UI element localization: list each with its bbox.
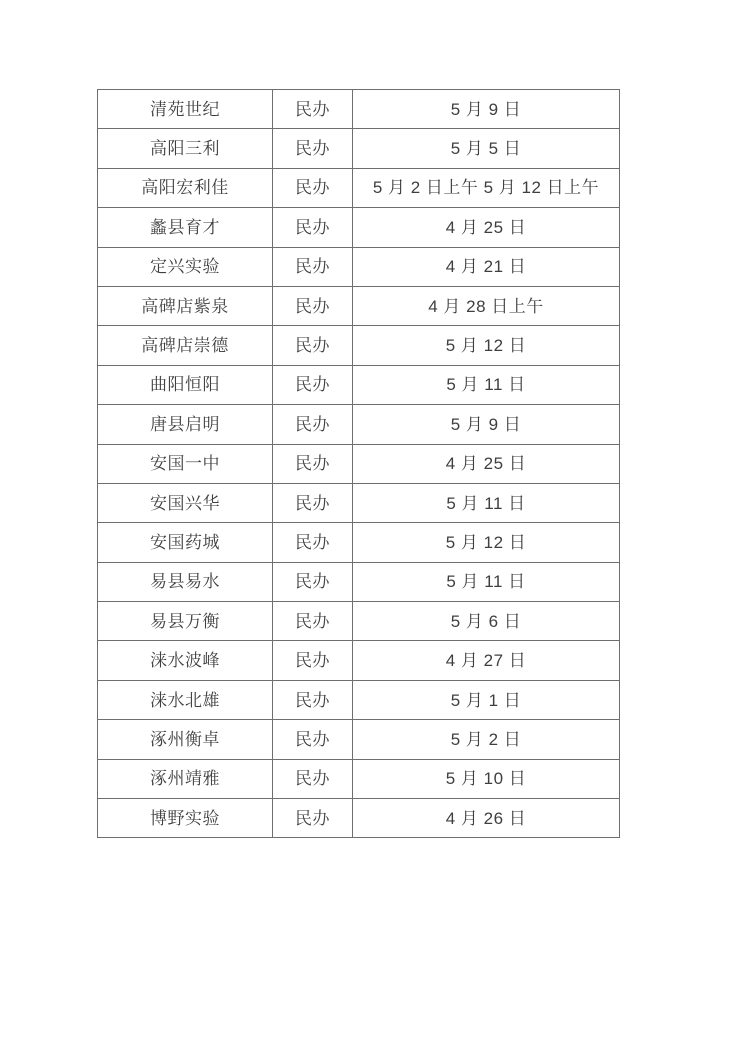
table-body: 清苑世纪 民办 5 月 9 日 高阳三利 民办 5 月 5 日 高阳宏利佳 民办… (98, 90, 620, 838)
date-cell: 5 月 11 日 (353, 562, 620, 601)
school-name-cell: 高碑店崇德 (98, 326, 273, 365)
school-name-cell: 安国药城 (98, 523, 273, 562)
school-type-cell: 民办 (273, 523, 353, 562)
school-type-cell: 民办 (273, 759, 353, 798)
school-name-cell: 博野实验 (98, 799, 273, 838)
date-cell: 4 月 25 日 (353, 444, 620, 483)
table-row: 涞水北雄 民办 5 月 1 日 (98, 680, 620, 719)
school-type-cell: 民办 (273, 129, 353, 168)
date-cell: 4 月 21 日 (353, 247, 620, 286)
table-row: 蠡县育才 民办 4 月 25 日 (98, 208, 620, 247)
school-name-cell: 安国一中 (98, 444, 273, 483)
date-cell: 4 月 26 日 (353, 799, 620, 838)
date-cell: 4 月 28 日上午 (353, 286, 620, 325)
table-row: 安国一中 民办 4 月 25 日 (98, 444, 620, 483)
table-row: 博野实验 民办 4 月 26 日 (98, 799, 620, 838)
school-name-cell: 高阳宏利佳 (98, 168, 273, 207)
school-type-cell: 民办 (273, 680, 353, 719)
date-cell: 4 月 27 日 (353, 641, 620, 680)
school-name-cell: 安国兴华 (98, 483, 273, 522)
date-cell: 5 月 11 日 (353, 483, 620, 522)
table-row: 曲阳恒阳 民办 5 月 11 日 (98, 365, 620, 404)
school-name-cell: 定兴实验 (98, 247, 273, 286)
table-row: 定兴实验 民办 4 月 21 日 (98, 247, 620, 286)
school-name-cell: 涿州衡卓 (98, 720, 273, 759)
date-cell: 5 月 2 日 (353, 720, 620, 759)
school-type-cell: 民办 (273, 208, 353, 247)
school-type-cell: 民办 (273, 168, 353, 207)
date-cell: 5 月 6 日 (353, 602, 620, 641)
table-row: 涞水波峰 民办 4 月 27 日 (98, 641, 620, 680)
table-row: 易县万衡 民办 5 月 6 日 (98, 602, 620, 641)
school-name-cell: 清苑世纪 (98, 90, 273, 129)
school-name-cell: 易县万衡 (98, 602, 273, 641)
table-row: 涿州衡卓 民办 5 月 2 日 (98, 720, 620, 759)
school-type-cell: 民办 (273, 641, 353, 680)
table-row: 高碑店崇德 民办 5 月 12 日 (98, 326, 620, 365)
school-type-cell: 民办 (273, 326, 353, 365)
document-page: 清苑世纪 民办 5 月 9 日 高阳三利 民办 5 月 5 日 高阳宏利佳 民办… (0, 0, 740, 1046)
table-row: 高阳宏利佳 民办 5 月 2 日上午 5 月 12 日上午 (98, 168, 620, 207)
school-type-cell: 民办 (273, 365, 353, 404)
table-row: 易县易水 民办 5 月 11 日 (98, 562, 620, 601)
date-cell: 5 月 1 日 (353, 680, 620, 719)
school-name-cell: 蠡县育才 (98, 208, 273, 247)
date-cell: 5 月 11 日 (353, 365, 620, 404)
school-type-cell: 民办 (273, 483, 353, 522)
table-row: 清苑世纪 民办 5 月 9 日 (98, 90, 620, 129)
school-type-cell: 民办 (273, 720, 353, 759)
school-type-cell: 民办 (273, 444, 353, 483)
date-cell: 5 月 10 日 (353, 759, 620, 798)
table-row: 安国药城 民办 5 月 12 日 (98, 523, 620, 562)
school-type-cell: 民办 (273, 286, 353, 325)
school-name-cell: 易县易水 (98, 562, 273, 601)
school-name-cell: 高阳三利 (98, 129, 273, 168)
table-row: 高阳三利 民办 5 月 5 日 (98, 129, 620, 168)
school-schedule-table: 清苑世纪 民办 5 月 9 日 高阳三利 民办 5 月 5 日 高阳宏利佳 民办… (97, 89, 620, 838)
date-cell: 5 月 12 日 (353, 523, 620, 562)
school-type-cell: 民办 (273, 405, 353, 444)
school-name-cell: 涿州靖雅 (98, 759, 273, 798)
table-row: 唐县启明 民办 5 月 9 日 (98, 405, 620, 444)
school-type-cell: 民办 (273, 799, 353, 838)
date-cell: 5 月 2 日上午 5 月 12 日上午 (353, 168, 620, 207)
date-cell: 5 月 5 日 (353, 129, 620, 168)
school-type-cell: 民办 (273, 90, 353, 129)
school-name-cell: 涞水北雄 (98, 680, 273, 719)
date-cell: 5 月 9 日 (353, 90, 620, 129)
school-type-cell: 民办 (273, 247, 353, 286)
date-cell: 5 月 12 日 (353, 326, 620, 365)
school-type-cell: 民办 (273, 562, 353, 601)
school-type-cell: 民办 (273, 602, 353, 641)
school-name-cell: 唐县启明 (98, 405, 273, 444)
table-row: 高碑店紫泉 民办 4 月 28 日上午 (98, 286, 620, 325)
school-name-cell: 涞水波峰 (98, 641, 273, 680)
date-cell: 5 月 9 日 (353, 405, 620, 444)
table-row: 安国兴华 民办 5 月 11 日 (98, 483, 620, 522)
school-name-cell: 曲阳恒阳 (98, 365, 273, 404)
school-name-cell: 高碑店紫泉 (98, 286, 273, 325)
date-cell: 4 月 25 日 (353, 208, 620, 247)
table-row: 涿州靖雅 民办 5 月 10 日 (98, 759, 620, 798)
